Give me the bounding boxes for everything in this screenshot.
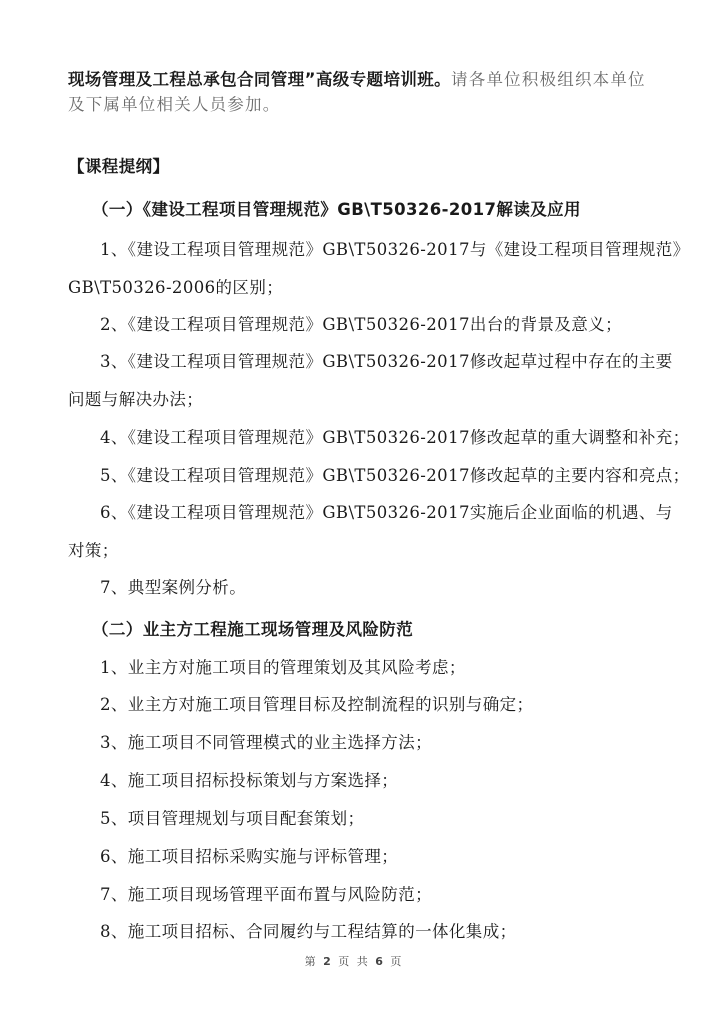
section-1-item-7: 7、典型案例分析。 <box>100 578 246 598</box>
section-2-item-6: 6、施工项目招标采购实施与评标管理； <box>100 847 398 867</box>
intro-bold-text: 现场管理及工程总承包合同管理”高级专题培训班。 <box>68 70 451 89</box>
outline-heading: 【课程提纲】 <box>68 157 169 177</box>
section-1-item-3-line-1: 3、《建设工程项目管理规范》GB\T50326-2017修改起草过程中存在的主要 <box>100 352 673 372</box>
section-2-item-5: 5、项目管理规划与项目配套策划； <box>100 809 364 829</box>
section-1-item-4: 4、《建设工程项目管理规范》GB\T50326-2017修改起草的重大调整和补充… <box>100 428 690 448</box>
section-2-item-3: 3、施工项目不同管理模式的业主选择方法； <box>100 733 432 753</box>
section-2-item-8: 8、施工项目招标、合同履约与工程结算的一体化集成； <box>100 922 517 942</box>
footer-middle: 页 共 <box>338 955 370 968</box>
section-2-item-7: 7、施工项目现场管理平面布置与风险防范； <box>100 885 432 905</box>
section-1-item-1-line-2: GB\T50326-2006的区别； <box>68 278 283 298</box>
section-1-item-5: 5、《建设工程项目管理规范》GB\T50326-2017修改起草的主要内容和亮点… <box>100 466 690 486</box>
document-page: 现场管理及工程总承包合同管理”高级专题培训班。请各单位积极组织本单位 及下属单位… <box>0 0 708 1021</box>
footer-prefix: 第 <box>305 955 318 968</box>
section-2-item-1: 1、业主方对施工项目的管理策划及其风险考虑； <box>100 658 466 678</box>
intro-line-1: 现场管理及工程总承包合同管理”高级专题培训班。请各单位积极组织本单位 <box>68 70 646 90</box>
page-footer: 第 2 页 共 6 页 <box>0 953 708 969</box>
intro-line-2: 及下属单位相关人员参加。 <box>68 95 280 115</box>
section-1-item-3-line-2: 问题与解决办法； <box>68 390 203 410</box>
section-1-item-6-line-1: 6、《建设工程项目管理规范》GB\T50326-2017实施后企业面临的机遇、与 <box>100 503 673 523</box>
section-1-title: （一）《建设工程项目管理规范》GB\T50326-2017解读及应用 <box>92 200 581 220</box>
section-1-item-2: 2、《建设工程项目管理规范》GB\T50326-2017出台的背景及意义； <box>100 315 622 335</box>
intro-regular-text: 请各单位积极组织本单位 <box>451 70 646 89</box>
section-2-item-4: 4、施工项目招标投标策划与方案选择； <box>100 771 398 791</box>
section-1-item-6-line-2: 对策； <box>68 541 119 561</box>
section-2-title: （二）业主方工程施工现场管理及风险防范 <box>92 620 413 640</box>
total-page-count: 6 <box>375 955 385 968</box>
section-1-item-1-line-1: 1、《建设工程项目管理规范》GB\T50326-2017与《建设工程项目管理规范… <box>100 240 690 260</box>
current-page-number: 2 <box>323 955 333 968</box>
section-2-item-2: 2、业主方对施工项目管理目标及控制流程的识别与确定； <box>100 695 533 715</box>
footer-suffix: 页 <box>390 955 403 968</box>
